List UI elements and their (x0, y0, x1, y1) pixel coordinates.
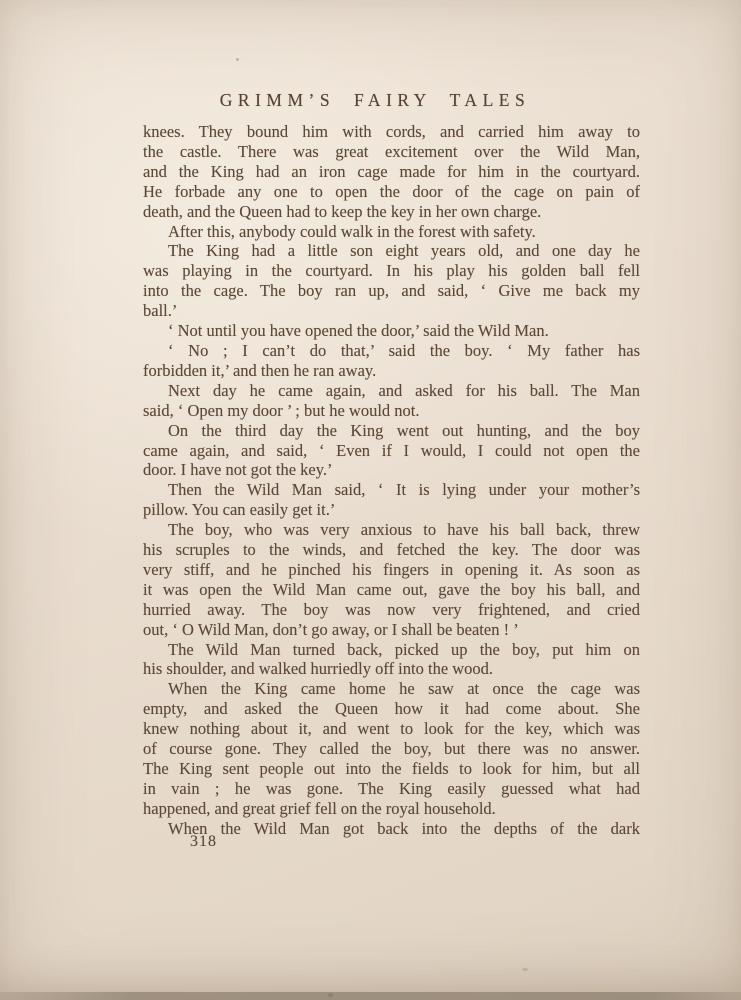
text-line: in vain ; he was gone. The King easily g… (143, 779, 640, 799)
text-line: The King sent people out into the fields… (143, 759, 640, 779)
page-edge-shadow (0, 992, 741, 1000)
text-line: On the third day the King went out hunti… (143, 421, 640, 441)
text-line: empty, and asked the Queen how it had co… (143, 699, 640, 719)
text-line: hurried away. The boy was now very frigh… (143, 600, 640, 620)
page-number: 318 (190, 833, 217, 851)
text-line: Then the Wild Man said, ‘ It is lying un… (143, 480, 640, 500)
body-text: knees. They bound him with cords, and ca… (143, 122, 640, 839)
text-line: The Wild Man turned back, picked up the … (143, 640, 640, 660)
text-line: door. I have not got the key.’ (143, 460, 640, 480)
text-line: into the cage. The boy ran up, and said,… (143, 281, 640, 301)
text-line: was playing in the courtyard. In his pla… (143, 261, 640, 281)
text-line: The King had a little son eight years ol… (143, 241, 640, 261)
text-line: When the King came home he saw at once t… (143, 679, 640, 699)
paper-speck (328, 993, 333, 997)
text-line: ‘ Not until you have opened the door,’ s… (143, 321, 640, 341)
text-line: pillow. You can easily get it.’ (143, 500, 640, 520)
text-line: knew nothing about it, and went to look … (143, 719, 640, 739)
text-line: ball.’ (143, 301, 640, 321)
text-line: his shoulder, and walked hurriedly off i… (143, 659, 640, 679)
text-line: and the King had an iron cage made for h… (143, 162, 640, 182)
text-line: He forbade any one to open the door of t… (143, 182, 640, 202)
text-line: When the Wild Man got back into the dept… (143, 819, 640, 839)
text-line: very stiff, and he pinched his fingers i… (143, 560, 640, 580)
text-line: knees. They bound him with cords, and ca… (143, 122, 640, 142)
text-line: happened, and great grief fell on the ro… (143, 799, 640, 819)
text-line: out, ‘ O Wild Man, don’t go away, or I s… (143, 620, 640, 640)
text-line: his scruples to the winds, and fetched t… (143, 540, 640, 560)
text-line: death, and the Queen had to keep the key… (143, 202, 640, 222)
paper-speck (522, 968, 528, 971)
text-line: said, ‘ Open my door ’ ; but he would no… (143, 401, 640, 421)
text-line: Next day he came again, and asked for hi… (143, 381, 640, 401)
book-page-scan: GRIMM’S FAIRY TALES knees. They bound hi… (0, 0, 741, 1000)
text-line: of course gone. They called the boy, but… (143, 739, 640, 759)
paper-speck (236, 58, 239, 61)
text-line: the castle. There was great excitement o… (143, 142, 640, 162)
running-title: GRIMM’S FAIRY TALES (110, 90, 640, 111)
text-line: came again, and said, ‘ Even if I would,… (143, 441, 640, 461)
text-line: forbidden it,’ and then he ran away. (143, 361, 640, 381)
text-line: ‘ No ; I can’t do that,’ said the boy. ‘… (143, 341, 640, 361)
text-line: it was open the Wild Man came out, gave … (143, 580, 640, 600)
text-line: After this, anybody could walk in the fo… (143, 222, 640, 242)
text-line: The boy, who was very anxious to have hi… (143, 520, 640, 540)
